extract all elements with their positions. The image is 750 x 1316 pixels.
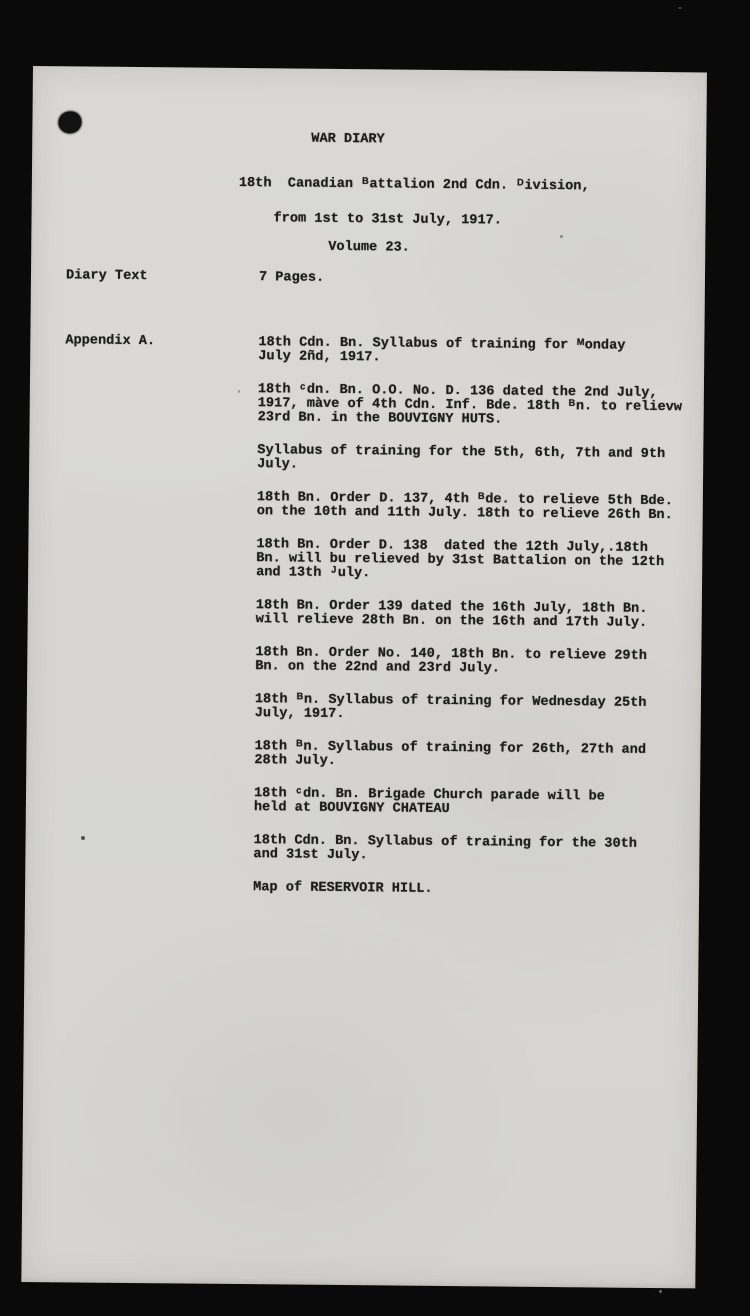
dust-speck	[679, 7, 681, 9]
heading-unit-line: 18th Canadian ᴮattalion 2nd Cdn. ᴰivisio…	[239, 177, 706, 195]
typed-paragraph: 18th ᶜdn. Bn. Brigade Church parade will…	[254, 787, 698, 819]
typed-paragraph: 18th Bn. Order 139 dated the 16th July, …	[256, 599, 700, 631]
typed-paragraph: 7 Pages.	[259, 271, 703, 289]
typed-paragraph: 18th Bn. Order D. 138 dated the 12th Jul…	[256, 538, 700, 584]
scan-background: { "header": { "title": "WAR DIARY", "uni…	[0, 0, 750, 1316]
dust-speck	[659, 1290, 662, 1293]
appendix-a-row: Appendix A. 18th Cdn. Bn. Syllabus of tr…	[25, 334, 705, 918]
typed-paragraph: 18th Cdn. Bn. Syllabus of training for t…	[253, 834, 697, 866]
typed-paragraph: 18th ᴮn. Syllabus of training for 26th, …	[254, 740, 698, 772]
typed-paragraph: 18th Bn. Order No. 140, 18th Bn. to reli…	[255, 646, 699, 678]
heading-date-range: from 1st to 31st July, 1917.	[273, 212, 705, 230]
diary-text-row: Diary Text 7 Pages.	[31, 269, 705, 308]
appendix-a-content: 18th Cdn. Bn. Syllabus of training for ᴹ…	[253, 336, 705, 918]
typed-paragraph: 18th Cdn. Bn. Syllabus of training for ᴹ…	[258, 336, 702, 368]
section-label-diary-text: Diary Text	[66, 269, 259, 285]
document-page: WAR DIARY 18th Canadian ᴮattalion 2nd Cd…	[21, 66, 707, 1288]
hole-punch	[58, 111, 81, 133]
typed-paragraph: Map of RESERVOIR HILL.	[253, 881, 697, 899]
diary-text-content: 7 Pages.	[259, 271, 705, 308]
page-title: WAR DIARY	[311, 133, 706, 151]
typed-paragraph: 18th Bn. Order D. 137, 4th ᴮde. to relie…	[257, 491, 701, 523]
heading-volume: Volume 23.	[328, 241, 705, 259]
section-label-appendix-a: Appendix A.	[65, 334, 258, 350]
paper-speck	[238, 390, 240, 393]
typed-paragraph: Syllabus of training for the 5th, 6th, 7…	[257, 444, 701, 476]
paper-speck	[81, 836, 85, 840]
typed-paragraph: 18th ᴮn. Syllabus of training for Wednes…	[255, 693, 699, 725]
typed-paragraph: 18th ᶜdn. Bn. O.O. No. D. 136 dated the …	[258, 383, 702, 429]
paper-speck	[560, 235, 563, 238]
